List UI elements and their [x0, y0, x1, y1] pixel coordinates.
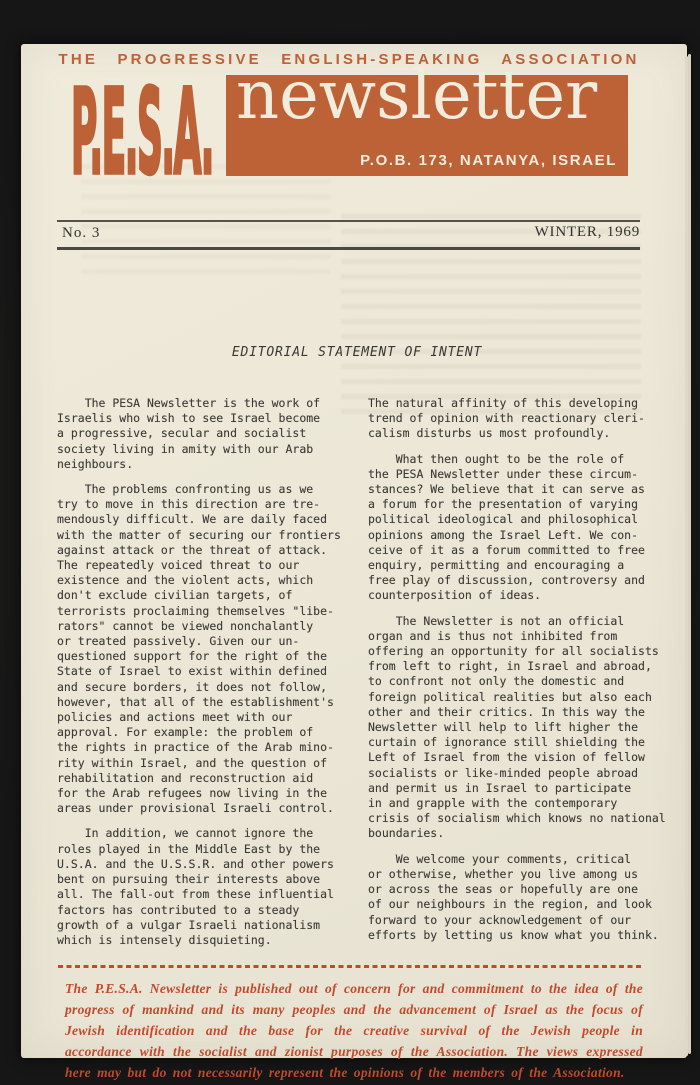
ink-bleedthrough: [341, 214, 641, 414]
paper-edge: [688, 54, 691, 1054]
issue-band-rule-bottom: [57, 247, 640, 250]
newsletter-title: newsletter: [236, 59, 597, 133]
paragraph: The Newsletter is not an official organ …: [368, 614, 671, 842]
paragraph: What then ought to be the role of the PE…: [368, 452, 671, 604]
editorial-body: The PESA Newsletter is the work of Israe…: [57, 396, 671, 958]
masthead-banner: newsletter P.O.B. 173, NATANYA, ISRAEL: [226, 75, 628, 176]
footer-statement: The P.E.S.A. Newsletter is published out…: [65, 978, 643, 1083]
column-right: The natural affinity of this developing …: [368, 396, 671, 958]
dashed-divider: [58, 965, 643, 968]
column-left: The PESA Newsletter is the work of Israe…: [57, 396, 360, 958]
issue-band-rule-top: [57, 220, 640, 222]
pesa-logo: P.E.S.A.: [71, 74, 213, 190]
newsletter-paper: THE PROGRESSIVE ENGLISH-SPEAKING ASSOCIA…: [21, 44, 687, 1058]
paragraph: We welcome your comments, critical or ot…: [368, 852, 671, 943]
editorial-title: EDITORIAL STATEMENT OF INTENT: [57, 345, 657, 361]
paragraph: The problems confronting us as we try to…: [57, 482, 360, 816]
issue-number: No. 3: [62, 224, 100, 242]
mailing-address: P.O.B. 173, NATANYA, ISRAEL: [360, 153, 617, 168]
paragraph: The natural affinity of this developing …: [368, 396, 671, 442]
issue-date: WINTER, 1969: [535, 223, 640, 241]
paragraph: The PESA Newsletter is the work of Israe…: [57, 396, 360, 472]
scanned-page: THE PROGRESSIVE ENGLISH-SPEAKING ASSOCIA…: [0, 0, 700, 1085]
paragraph: In addition, we cannot ignore the roles …: [57, 826, 360, 948]
